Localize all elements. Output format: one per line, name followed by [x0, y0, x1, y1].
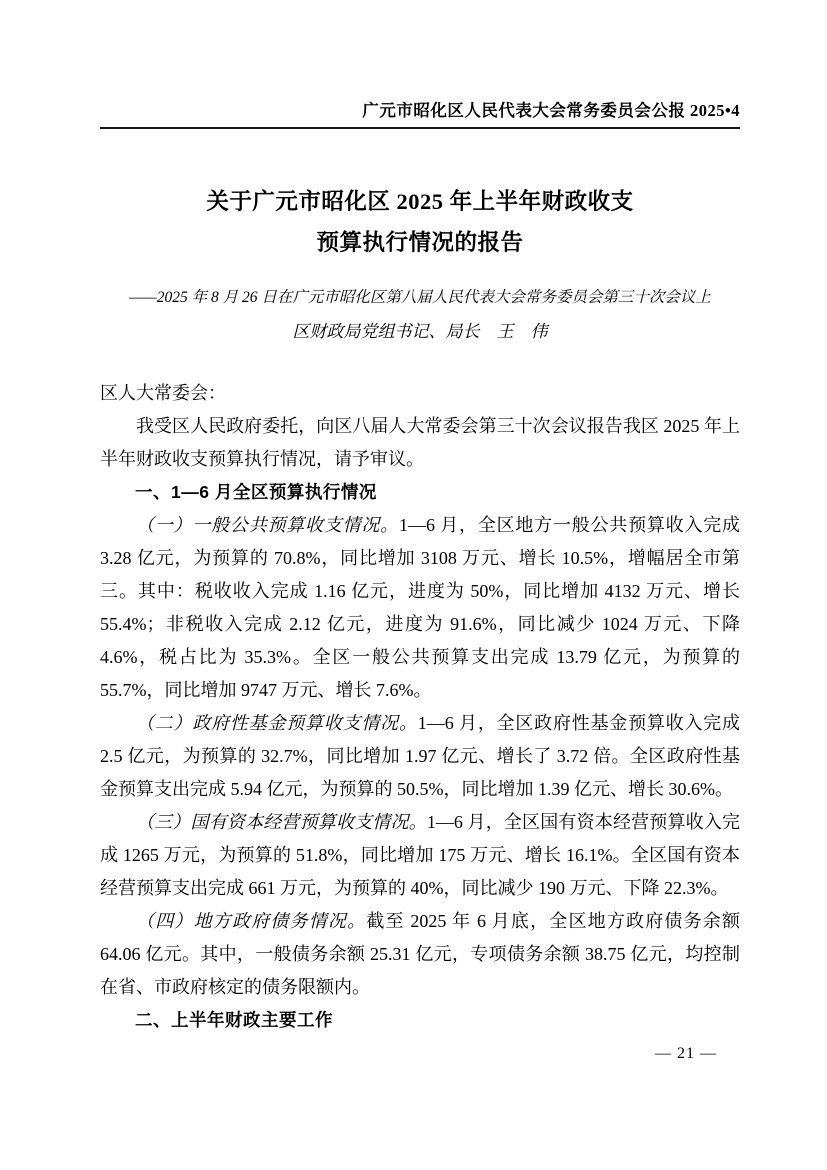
document-title-line-2: 预算执行情况的报告: [100, 222, 740, 263]
paragraph-government-funds: （二）政府性基金预算收支情况。1—6 月，全区政府性基金预算收入完成 2.5 亿…: [100, 707, 740, 806]
bulletin-masthead: 广元市昭化区人民代表大会常务委员会公报 2025•4: [100, 0, 740, 122]
page-number: — 21 —: [655, 1044, 717, 1064]
paragraph-1-lead: （一）一般公共预算收支情况。: [136, 515, 399, 535]
paragraph-state-capital: （三）国有资本经营预算收支情况。1—6 月，全区国有资本经营预算收入完成 126…: [100, 806, 740, 905]
document-title-line-1: 关于广元市昭化区 2025 年上半年财政收支: [100, 181, 740, 222]
section-1-heading: 一、1—6 月全区预算执行情况: [100, 476, 740, 509]
paragraph-4-lead: （四）地方政府债务情况。: [136, 911, 366, 931]
salutation: 区人大常委会：: [100, 377, 740, 410]
section-2-heading: 二、上半年财政主要工作: [100, 1004, 740, 1037]
paragraph-1-text: 1—6 月，全区地方一般公共预算收入完成 3.28 亿元，为预算的 70.8%，…: [100, 515, 740, 700]
document-body: 区人大常委会： 我受区人民政府委托，向区八届人大常委会第三十次会议报告我区 20…: [100, 377, 740, 1037]
meeting-occasion-line: ——2025 年 8 月 26 日在广元市昭化区第八届人民代表大会常务委员会第三…: [100, 287, 740, 308]
document-title: 关于广元市昭化区 2025 年上半年财政收支 预算执行情况的报告: [100, 181, 740, 263]
paragraph-general-public-budget: （一）一般公共预算收支情况。1—6 月，全区地方一般公共预算收入完成 3.28 …: [100, 509, 740, 707]
presenter-line: 区财政局党组书记、局长 王 伟: [100, 321, 740, 343]
paragraph-2-lead: （二）政府性基金预算收支情况。: [136, 713, 418, 733]
paragraph-government-debt: （四）地方政府债务情况。截至 2025 年 6 月底，全区地方政府债务余额 64…: [100, 905, 740, 1004]
header-rule: [100, 127, 740, 129]
paragraph-3-lead: （三）国有资本经营预算收支情况。: [136, 812, 427, 832]
document-page: 广元市昭化区人民代表大会常务委员会公报 2025•4 关于广元市昭化区 2025…: [0, 0, 827, 1170]
intro-paragraph: 我受区人民政府委托，向区八届人大常委会第三十次会议报告我区 2025 年上半年财…: [100, 410, 740, 476]
